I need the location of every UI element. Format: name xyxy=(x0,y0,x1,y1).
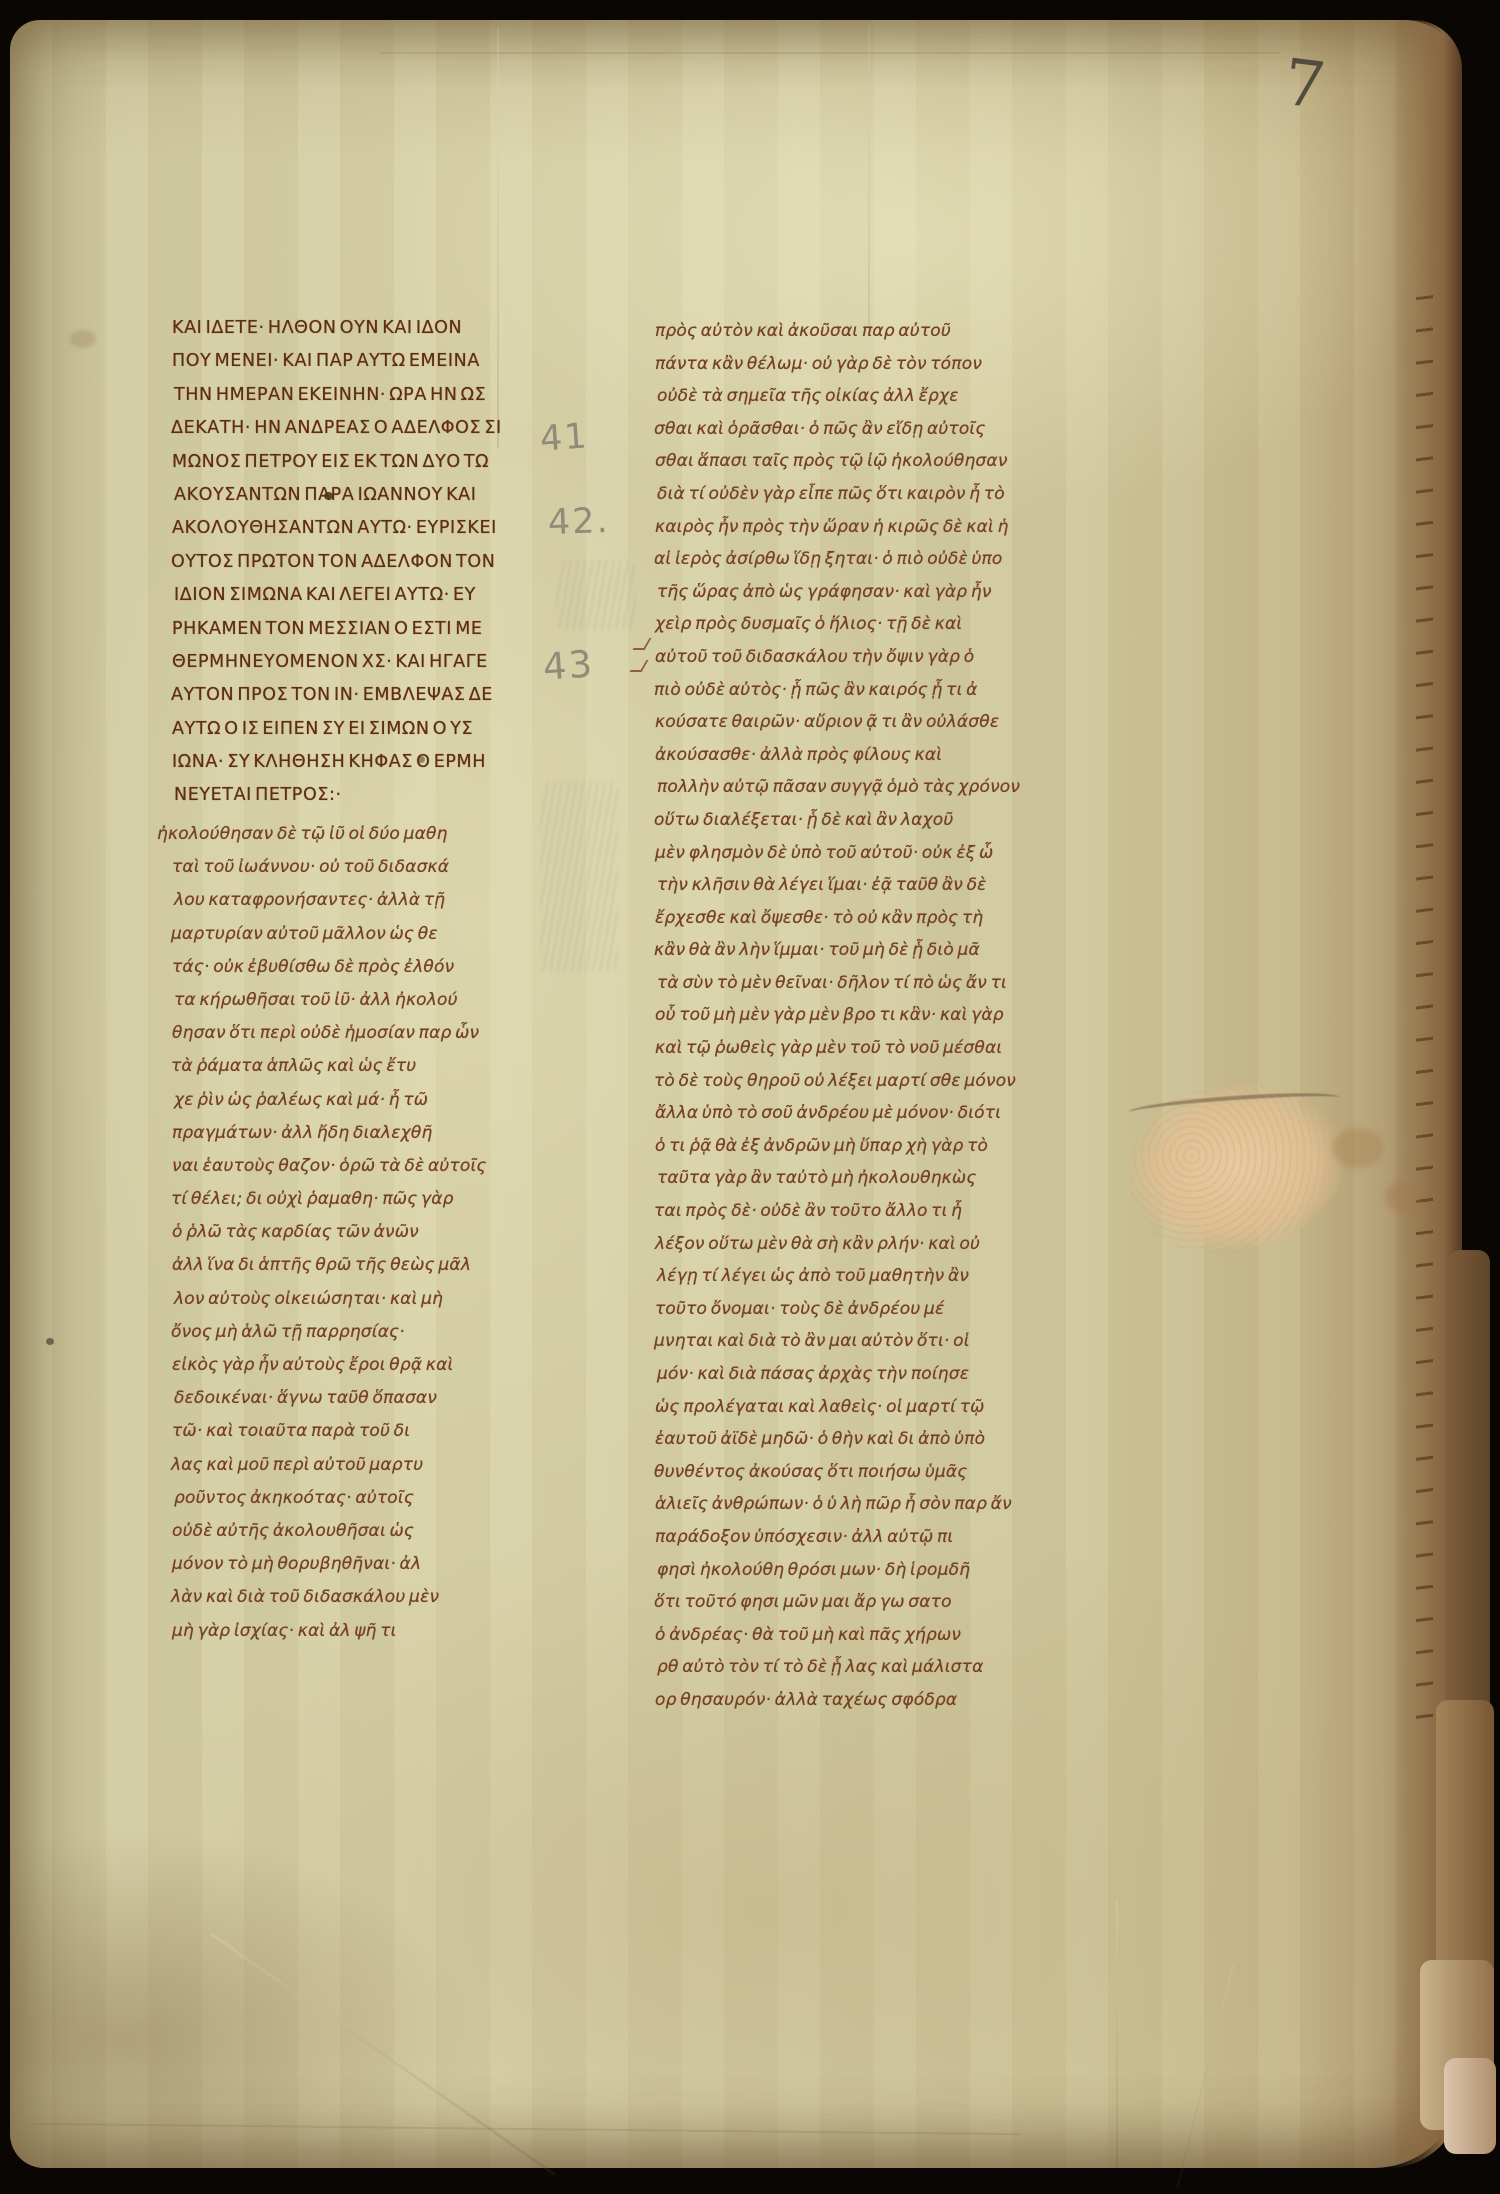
commentary-text-line: τὴν κλῆσιν θὰ λέγει ἵμαι· ἐᾷ ταῦθ ἂν δὲ xyxy=(657,869,1052,902)
column2-commentary-text: πρὸς αὐτὸν καὶ ἀκοῦσαι παρ αὐτοῦπάντα κἂ… xyxy=(655,315,1050,1717)
commentary-text-line: σθαι ἅπασι ταῖς πρὸς τῷ ἰῷ ἠκολούθησαν xyxy=(655,445,1050,478)
ink-speck xyxy=(46,1338,54,1345)
commentary-text-line: λον αὐτοὺς οἰκειώσηται· καὶ μὴ xyxy=(174,1283,474,1316)
faint-pencil-scribble xyxy=(540,782,618,972)
uncial-text-line: ΑΚΟΛΟΥΘΗΣΑΝΤΩΝ ΑΥΤΩ· ΕΥΡΙΣΚΕΙ xyxy=(172,512,472,545)
commentary-text-line: τὰ ῥάματα ἁπλῶς καὶ ὡς ἔτυ xyxy=(171,1050,471,1083)
commentary-text-line: ταὶ τοῦ ἰωάννου· οὐ τοῦ διδασκά xyxy=(172,851,472,884)
crease-diagonal-2 xyxy=(1176,1965,1234,2189)
commentary-text-line: τάς· οὐκ ἐβυθίσθω δὲ πρὸς ἐλθόν xyxy=(172,951,472,984)
ruled-line-top xyxy=(380,52,1280,54)
commentary-text-line: ἁλιεῖς ἀνθρώπων· ὁ ὑ λὴ πῶρ ἦ σὸν παρ ἄν xyxy=(655,1488,1050,1521)
commentary-text-line: διὰ τί οὐδὲν γὰρ εἶπε πῶς ὅτι καιρὸν ἦ τ… xyxy=(657,478,1052,511)
uncial-text-line: ΟΥΤΟΣ ΠΡΩΤΟΝ ΤΟΝ ΑΔΕΛΦΟΝ ΤΟΝ xyxy=(171,546,471,579)
commentary-text-line: τί θέλει; δι οὐχὶ ῥαμαθη· πῶς γὰρ xyxy=(171,1183,471,1216)
commentary-text-line: ὅτι τοῦτό φησι μῶν μαι ἄρ γω σατο xyxy=(654,1586,1049,1619)
commentary-text-line: μὲν φλησμὸν δὲ ὑπὸ τοῦ αὐτοῦ· οὐκ ἐξ ὧ xyxy=(655,837,1050,870)
commentary-text-line: ναι ἑαυτοὺς θαζον· ὁρῶ τὰ δὲ αὐτοῖς xyxy=(172,1150,472,1183)
commentary-text-line: θυνθέντος ἀκούσας ὅτι ποιήσω ὑμᾶς xyxy=(654,1456,1049,1489)
commentary-text-line: εἰκὸς γὰρ ἦν αὐτοὺς ἔροι θρᾷ καὶ xyxy=(172,1349,472,1382)
commentary-text-line: ὁ ῥλῶ τὰς καρδίας τῶν ἀνῶν xyxy=(172,1216,472,1249)
commentary-text-line: παράδοξον ὑπόσχεσιν· ἀλλ αὐτῷ πι xyxy=(655,1521,1050,1554)
uncial-text-line: ΑΥΤΟΝ ΠΡΟΣ ΤΟΝ ΙΝ· ΕΜΒΛΕΨΑΣ ΔΕ xyxy=(171,679,471,712)
commentary-text-line: μαρτυρίαν αὐτοῦ μᾶλλον ὡς θε xyxy=(171,918,471,951)
commentary-text-line: τὸ δὲ τοὺς θηροῦ οὐ λέξει μαρτί σθε μόνο… xyxy=(654,1065,1049,1098)
uncial-text-line: ΠΟΥ ΜΕΝΕΙ· ΚΑΙ ΠΑΡ ΑΥΤΩ ΕΜΕΙΝΑ xyxy=(172,345,472,378)
uncial-text-line: ΑΚΟΥΣΑΝΤΩΝ ΠΑΡΑ ΙΩΑΝΝΟΥ ΚΑΙ xyxy=(174,479,474,512)
commentary-text-line: οὕτω διαλέξεται· ᾗ δὲ καὶ ἂν λαχοῦ xyxy=(654,804,1049,837)
commentary-text-line: σθαι καὶ ὁρᾶσθαι· ὁ πῶς ἂν εἴδῃ αὐτοῖς xyxy=(654,413,1049,446)
commentary-text-line: κἂν θὰ ἂν λὴν ἵμμαι· τοῦ μὴ δὲ ᾗ διὸ μᾶ xyxy=(654,934,1049,967)
commentary-text-line: αἱ ἱερὸς ἀσίρθω ἵδῃ ξηται· ὁ πιὸ οὐδὲ ὑπ… xyxy=(654,543,1049,576)
stain xyxy=(1332,1128,1384,1168)
commentary-text-line: ρθ αὐτὸ τὸν τί τὸ δὲ ᾗ λας καὶ μάλιστα xyxy=(657,1651,1052,1684)
pencil-section-number-41: 41 xyxy=(539,416,590,459)
commentary-text-line: τα κήρωθῆσαι τοῦ ἰῦ· ἀλλ ἠκολού xyxy=(174,984,474,1017)
commentary-text-line: μόν· καὶ διὰ πάσας ἀρχὰς τὴν ποίησε xyxy=(657,1358,1052,1391)
commentary-text-line: κούσατε θαιρῶν· αὔριον ᾷ τι ἂν οὐλάσθε xyxy=(655,706,1050,739)
commentary-text-line: ὡς προλέγαται καὶ λαθεὶς· οἱ μαρτί τῷ xyxy=(655,1391,1050,1424)
commentary-text-line: ὁ ἀνδρέας· θὰ τοῦ μὴ καὶ πᾶς χήρων xyxy=(655,1619,1050,1652)
commentary-text-line: ροῦντος ἀκηκοότας· αὐτοῖς xyxy=(174,1482,474,1515)
commentary-text-line: οὐδὲ τὰ σημεῖα τῆς οἰκίας ἀλλ ἔρχε xyxy=(657,380,1052,413)
commentary-text-line: ὁ τι ῥᾷ θὰ ἐξ ἀνδρῶν μὴ ὕπαρ χὴ γὰρ τὸ xyxy=(655,1130,1050,1163)
commentary-text-line: λας καὶ μοῦ περὶ αὐτοῦ μαρτυ xyxy=(171,1449,471,1482)
commentary-text-line: λέξον οὕτω μὲν θὰ σὴ κἂν ρλήν· καὶ οὐ xyxy=(655,1228,1050,1261)
commentary-text-line: καιρὸς ἦν πρὸς τὴν ὥραν ἡ κιρῶς δὲ καὶ ἡ xyxy=(655,511,1050,544)
commentary-text-line: καὶ τῷ ῥωθεὶς γὰρ μὲν τοῦ τὸ νοῦ μέσθαι xyxy=(655,1032,1050,1065)
manuscript-photo: ΚΑΙ ΙΔΕΤΕ· ΗΛΘΟΝ ΟΥΝ ΚΑΙ ΙΔΟΝΠΟΥ ΜΕΝΕΙ· … xyxy=(0,0,1500,2194)
uncial-text-line: ΡΗΚΑΜΕΝ ΤΟΝ ΜΕΣΣΙΑΝ Ο ΕΣΤΙ ΜΕ xyxy=(172,613,472,646)
pricking-marks xyxy=(1416,268,1433,1720)
under-page-edge xyxy=(1436,1700,1494,1990)
crease-vertical-1 xyxy=(497,28,499,448)
commentary-text-line: πολλὴν αὐτῷ πᾶσαν συγγᾷ ὁμὸ τὰς χρόνον xyxy=(657,771,1052,804)
crease-vertical-3 xyxy=(1116,1900,1118,2168)
commentary-text-line: φησὶ ἠκολούθη θρόσι μων· δὴ ἱρομδῆ xyxy=(657,1554,1052,1587)
commentary-text-line: λου καταφρονήσαντες· ἀλλὰ τῇ xyxy=(174,884,474,917)
commentary-text-line: τοῦτο ὄνομαι· τοὺς δὲ ἀνδρέου μέ xyxy=(655,1293,1050,1326)
stain xyxy=(1384,1182,1420,1212)
commentary-text-line: ἀλλ ἵνα δι ἁπτῆς θρῶ τῆς θεὼς μᾶλ xyxy=(172,1249,472,1282)
commentary-text-line: τὰ σὺν τὸ μὲν θεῖναι· δῆλον τί πὸ ὡς ἄν … xyxy=(657,967,1052,1000)
commentary-text-line: θησαν ὅτι περὶ οὐδὲ ἡμοσίαν παρ ὧν xyxy=(172,1017,472,1050)
commentary-text-line: τῆς ὥρας ἀπὸ ὡς γράφησαν· καὶ γὰρ ἦν xyxy=(657,576,1052,609)
commentary-text-line: ὄνος μὴ ἁλῶ τῇ παρρησίας· xyxy=(171,1316,471,1349)
uncial-text-line: ΝΕΥΕΤΑΙ ΠΕΤΡΟΣ:· xyxy=(174,779,474,812)
commentary-text-line: ἄλλα ὑπὸ τὸ σοῦ ἀνδρέου μὲ μόνον· διότι xyxy=(655,1097,1050,1130)
commentary-text-line: πιὸ οὐδὲ αὐτὸς· ᾗ πῶς ἂν καιρός ᾖ τι ἀ xyxy=(654,674,1049,707)
commentary-text-line: δεδοικέναι· ἅγνω ταῦθ ὅπασαν xyxy=(174,1382,474,1415)
uncial-text-line: ΜΩΝΟΣ ΠΕΤΡΟΥ ΕΙΣ ΕΚ ΤΩΝ ΔΥΟ ΤΩ xyxy=(172,446,472,479)
faint-pencil-scribble xyxy=(556,560,636,630)
crease-diagonal-1 xyxy=(210,1933,556,2176)
commentary-text-line: οὗ τοῦ μὴ μὲν γὰρ μὲν βρο τι κἂν· καὶ γὰ… xyxy=(655,999,1050,1032)
pencil-section-number-42: 42. xyxy=(547,501,610,543)
uncial-text-line: ΑΥΤΩ Ο ΙΣ ΕΙΠΕΝ ΣΥ ΕΙ ΣΙΜΩΝ Ο ΥΣ xyxy=(172,713,472,746)
ruled-line-bottom xyxy=(30,2123,1020,2135)
commentary-text-line: ται πρὸς δὲ· οὐδὲ ἂν τοῦτο ἄλλο τι ἦ xyxy=(654,1195,1049,1228)
commentary-text-line: πάντα κἂν θέλωμ· οὐ γὰρ δὲ τὸν τόπον xyxy=(655,348,1050,381)
commentary-text-line: χεὶρ πρὸς δυσμαῖς ὁ ἥλιος· τῇ δὲ καὶ xyxy=(655,608,1050,641)
commentary-text-line: μνηται καὶ διὰ τὸ ἂν μαι αὐτὸν ὅτι· οἱ xyxy=(654,1325,1049,1358)
uncial-text-line: ΙΩΝΑ· ΣΥ ΚΛΗΘΗΣΗ ΚΗΦΑΣ Ο ΕΡΜΗ xyxy=(172,746,472,779)
commentary-text-line: λὰν καὶ διὰ τοῦ διδασκάλου μὲν xyxy=(171,1581,471,1614)
pencil-section-number-43: 43 xyxy=(542,642,596,688)
commentary-text-line: ταῦτα γὰρ ἂν ταὐτὸ μὴ ἠκολουθηκὼς xyxy=(657,1162,1052,1195)
commentary-text-line: μόνον τὸ μὴ θορυβηθῆναι· ἀλ xyxy=(172,1548,472,1581)
commentary-text-line: ἑαυτοῦ ἀϊδὲ μηδῶ· ὁ θὴν καὶ δι ἀπὸ ὑπὸ xyxy=(655,1423,1050,1456)
commentary-text-line: λέγῃ τί λέγει ὡς ἀπὸ τοῦ μαθητὴν ἂν xyxy=(657,1260,1052,1293)
uncial-text-line: ΘΕΡΜΗΝΕΥΟΜΕΝΟΝ ΧΣ· ΚΑΙ ΗΓΑΓΕ xyxy=(172,646,472,679)
uncial-text-line: ΚΑΙ ΙΔΕΤΕ· ΗΛΘΟΝ ΟΥΝ ΚΑΙ ΙΔΟΝ xyxy=(172,312,472,345)
commentary-text-line: τῶ· καὶ τοιαῦτα παρὰ τοῦ δι xyxy=(172,1415,472,1448)
uncial-text-line: ΙΔΙΟΝ ΣΙΜΩΝΑ ΚΑΙ ΛΕΓΕΙ ΑΥΤΩ· ΕΥ xyxy=(174,579,474,612)
commentary-text-line: μὴ γὰρ ἰσχίας· καὶ ἀλ ψῆ τι xyxy=(172,1615,472,1648)
column1-uncial-text: ΚΑΙ ΙΔΕΤΕ· ΗΛΘΟΝ ΟΥΝ ΚΑΙ ΙΔΟΝΠΟΥ ΜΕΝΕΙ· … xyxy=(172,312,472,813)
commentary-text-line: ἔρχεσθε καὶ ὄψεσθε· τὸ οὐ κἂν πρὸς τὴ xyxy=(655,902,1050,935)
column1-commentary-text: ἠκολούθησαν δὲ τῷ ἰῦ οἱ δύο μαθηταὶ τοῦ … xyxy=(172,818,472,1648)
uncial-text-line: ΤΗΝ ΗΜΕΡΑΝ ΕΚΕΙΝΗΝ· ΩΡΑ ΗΝ ΩΣ xyxy=(174,379,474,412)
commentary-text-line: οὐδὲ αὐτῆς ἀκολουθῆσαι ὡς xyxy=(172,1515,472,1548)
commentary-text-line: ἠκολούθησαν δὲ τῷ ἰῦ οἱ δύο μαθη xyxy=(157,818,472,851)
commentary-text-line: ορ θησαυρόν· ἀλλὰ ταχέως σφόδρα xyxy=(655,1684,1050,1717)
stain xyxy=(70,330,96,348)
under-page-edge xyxy=(1444,2058,1496,2154)
commentary-text-line: αὐτοῦ τοῦ διδασκάλου τὴν ὄψιν γὰρ ὁ xyxy=(655,641,1050,674)
commentary-text-line: ἀκούσασθε· ἀλλὰ πρὸς φίλους καὶ xyxy=(655,739,1050,772)
crease-vertical-2 xyxy=(868,26,870,326)
commentary-text-line: χε ῥὶν ὡς ῥαλέως καὶ μά· ἦ τῶ xyxy=(174,1084,474,1117)
commentary-text-line: πραγμάτων· ἀλλ ἤδη διαλεχθῆ xyxy=(172,1117,472,1150)
uncial-text-line: ΔΕΚΑΤΗ· ΗΝ ΑΝΔΡΕΑΣ Ο ΑΔΕΛΦΟΣ ΣΙ xyxy=(171,412,471,445)
commentary-text-line: πρὸς αὐτὸν καὶ ἀκοῦσαι παρ αὐτοῦ xyxy=(655,315,1050,348)
under-page-edge xyxy=(1448,1250,1490,1720)
